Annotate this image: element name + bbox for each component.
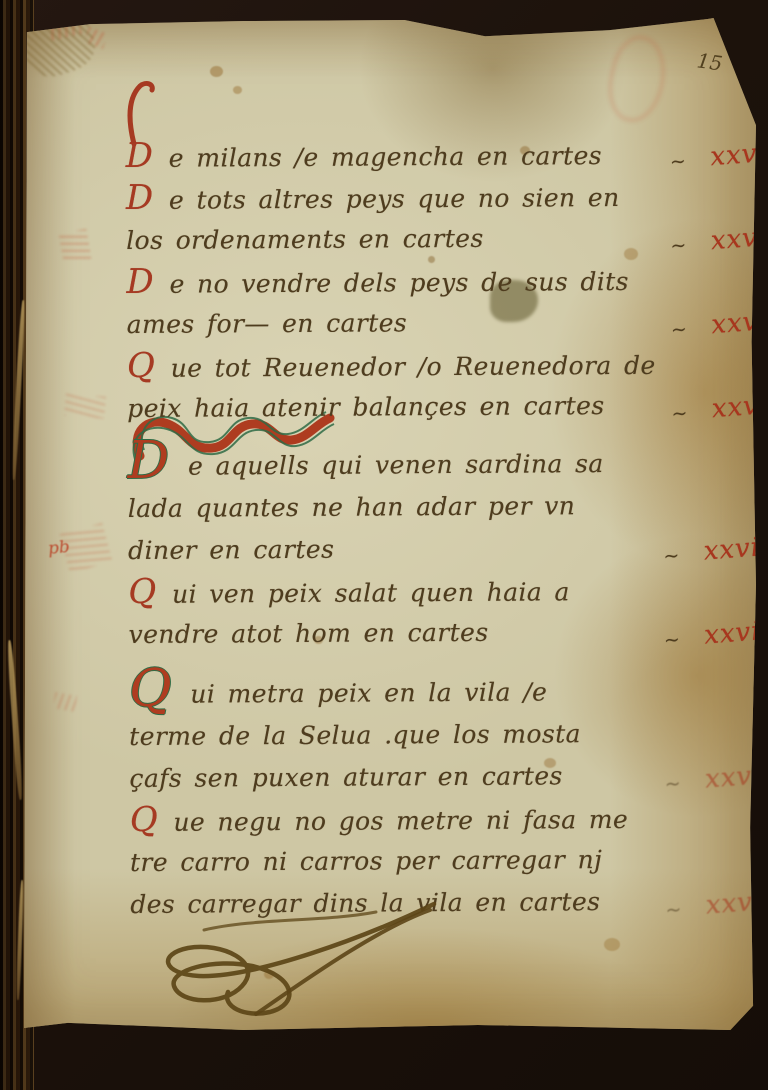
entry-text: los ordenaments en cartes [126, 224, 484, 255]
folio-numeral: xxvij [709, 137, 768, 172]
stain-speck [233, 86, 242, 94]
folio-reference: ~ xxviij [662, 611, 768, 660]
stain-speck [604, 938, 620, 951]
folio-reference: ~ xxviij [664, 881, 768, 930]
toc-entry-line: Q ui metra peix en la vila /e [129, 672, 768, 718]
folio-numeral: xxvij [710, 305, 768, 340]
binding-thread [16, 880, 24, 1000]
page-number: 15 [695, 48, 724, 75]
entry-initial: Q [130, 800, 159, 840]
entry-text: tre carro ni carros per carregar nj [130, 845, 602, 877]
toc-entry-line: peix haia atenir balançes en cartes ~ xx… [127, 386, 768, 432]
entry-text: ue tot Reuenedor /o Reuenedora de [171, 351, 656, 383]
binding-thread [11, 300, 25, 480]
toc-entry-line: lada quantes ne han adar per vn [128, 486, 768, 532]
folio-reference: ~ xxvij [668, 133, 768, 181]
red-offset-ring [602, 31, 673, 126]
entry-text: diner en cartes [128, 535, 334, 565]
folio-numeral: xxviij [704, 759, 768, 795]
toc-entry-line: Q ue tot Reuenedor /o Reuenedora de [127, 344, 768, 390]
entry-initial: Q [128, 572, 157, 612]
folio-reference: ~ xxvij [669, 217, 768, 265]
folio-numeral: xxviij [702, 531, 768, 567]
entry-initial: D [126, 178, 154, 218]
tilde-mark: ~ [662, 545, 680, 568]
entry-text: ui metra peix en la vila /e [190, 677, 547, 708]
table-of-contents: D e milans /e magencha en cartes ~ xxvij… [126, 134, 768, 928]
toc-entry-line: vendre atot hom en cartes ~ xxviij [129, 612, 768, 658]
tilde-mark: ~ [670, 234, 688, 257]
binding-thread [6, 640, 23, 800]
folio-reference: ~ xxvij [669, 301, 768, 349]
tilde-mark: ~ [664, 899, 682, 922]
entry-text: ue negu no gos metre ni fasa me [173, 805, 628, 837]
entry-text: lada quantes ne han adar per vn [128, 491, 576, 523]
entry-text: ui ven peix salat quen haia a [172, 577, 570, 608]
pen-flourish [144, 896, 454, 1031]
tilde-mark: ~ [663, 629, 681, 652]
toc-entry-line: D e tots altres peys que no sien en [126, 176, 768, 222]
entry-text: vendre atot hom en cartes [129, 618, 489, 649]
folio-reference: ~ xxvij [670, 385, 768, 433]
tilde-mark: ~ [670, 318, 688, 341]
entry-text: peix haia atenir balançes en cartes [127, 391, 604, 423]
folio-numeral: xxviij [703, 615, 768, 651]
entry-initial: D [126, 136, 154, 176]
toc-entry-line: los ordenaments en cartes ~ xxvij [126, 218, 768, 264]
folio-reference: ~ xxviij [661, 527, 768, 576]
folio-numeral: xxviij [704, 885, 768, 921]
toc-entry-line: terme de la Selua .que los mosta [129, 714, 768, 760]
toc-entry-line: ames for— en cartes ~ xxvij [127, 302, 768, 348]
tilde-mark: ~ [664, 773, 682, 796]
toc-entry-line: D e no vendre dels peys de sus dits [126, 260, 768, 306]
entry-initial: D [126, 262, 154, 302]
entry-text: e tots altres peys que no sien en [169, 183, 620, 215]
entry-text: e milans /e magencha en cartes [169, 141, 602, 173]
manuscript-photo: 15 pb D e milans /e magencha en cartes ~… [0, 0, 768, 1090]
toc-entry-line: diner en cartes ~ xxviij [128, 528, 768, 574]
toc-entry-line: Q ue negu no gos metre ni fasa me [130, 798, 768, 844]
entry-text: terme de la Selua .que los mosta [129, 719, 581, 751]
stain-speck [210, 66, 223, 77]
toc-entry-line: D e milans /e magencha en cartes ~ xxvij [126, 134, 768, 180]
tilde-mark: ~ [671, 402, 689, 425]
toc-entry-line: Q ui ven peix salat quen haia a [128, 570, 768, 616]
entry-text: e aquells qui venen sardina sa [188, 449, 604, 481]
toc-entry-line: tre carro ni carros per carregar nj [130, 840, 768, 886]
entry-initial: Q [127, 346, 156, 386]
toc-entry-line: D e aquells qui venen sardina sa [127, 444, 768, 490]
entry-text: çafs sen puxen aturar en cartes [129, 761, 562, 793]
red-offset-mark [53, 692, 77, 712]
folio-reference: ~ xxviij [663, 755, 768, 804]
red-offset-mark [59, 229, 92, 263]
entry-text: ames for— en cartes [127, 308, 408, 339]
folio-numeral: xxvij [711, 389, 768, 424]
folio-numeral: xxvij [710, 221, 768, 256]
parchment-page: 15 pb D e milans /e magencha en cartes ~… [24, 18, 756, 1030]
tilde-mark: ~ [669, 150, 687, 173]
red-offset-mark [64, 393, 106, 418]
entry-text: e no vendre dels peys de sus dits [169, 267, 629, 299]
toc-entry-line: çafs sen puxen aturar en cartes ~ xxviij [129, 756, 768, 802]
margin-note: pb [47, 537, 71, 559]
